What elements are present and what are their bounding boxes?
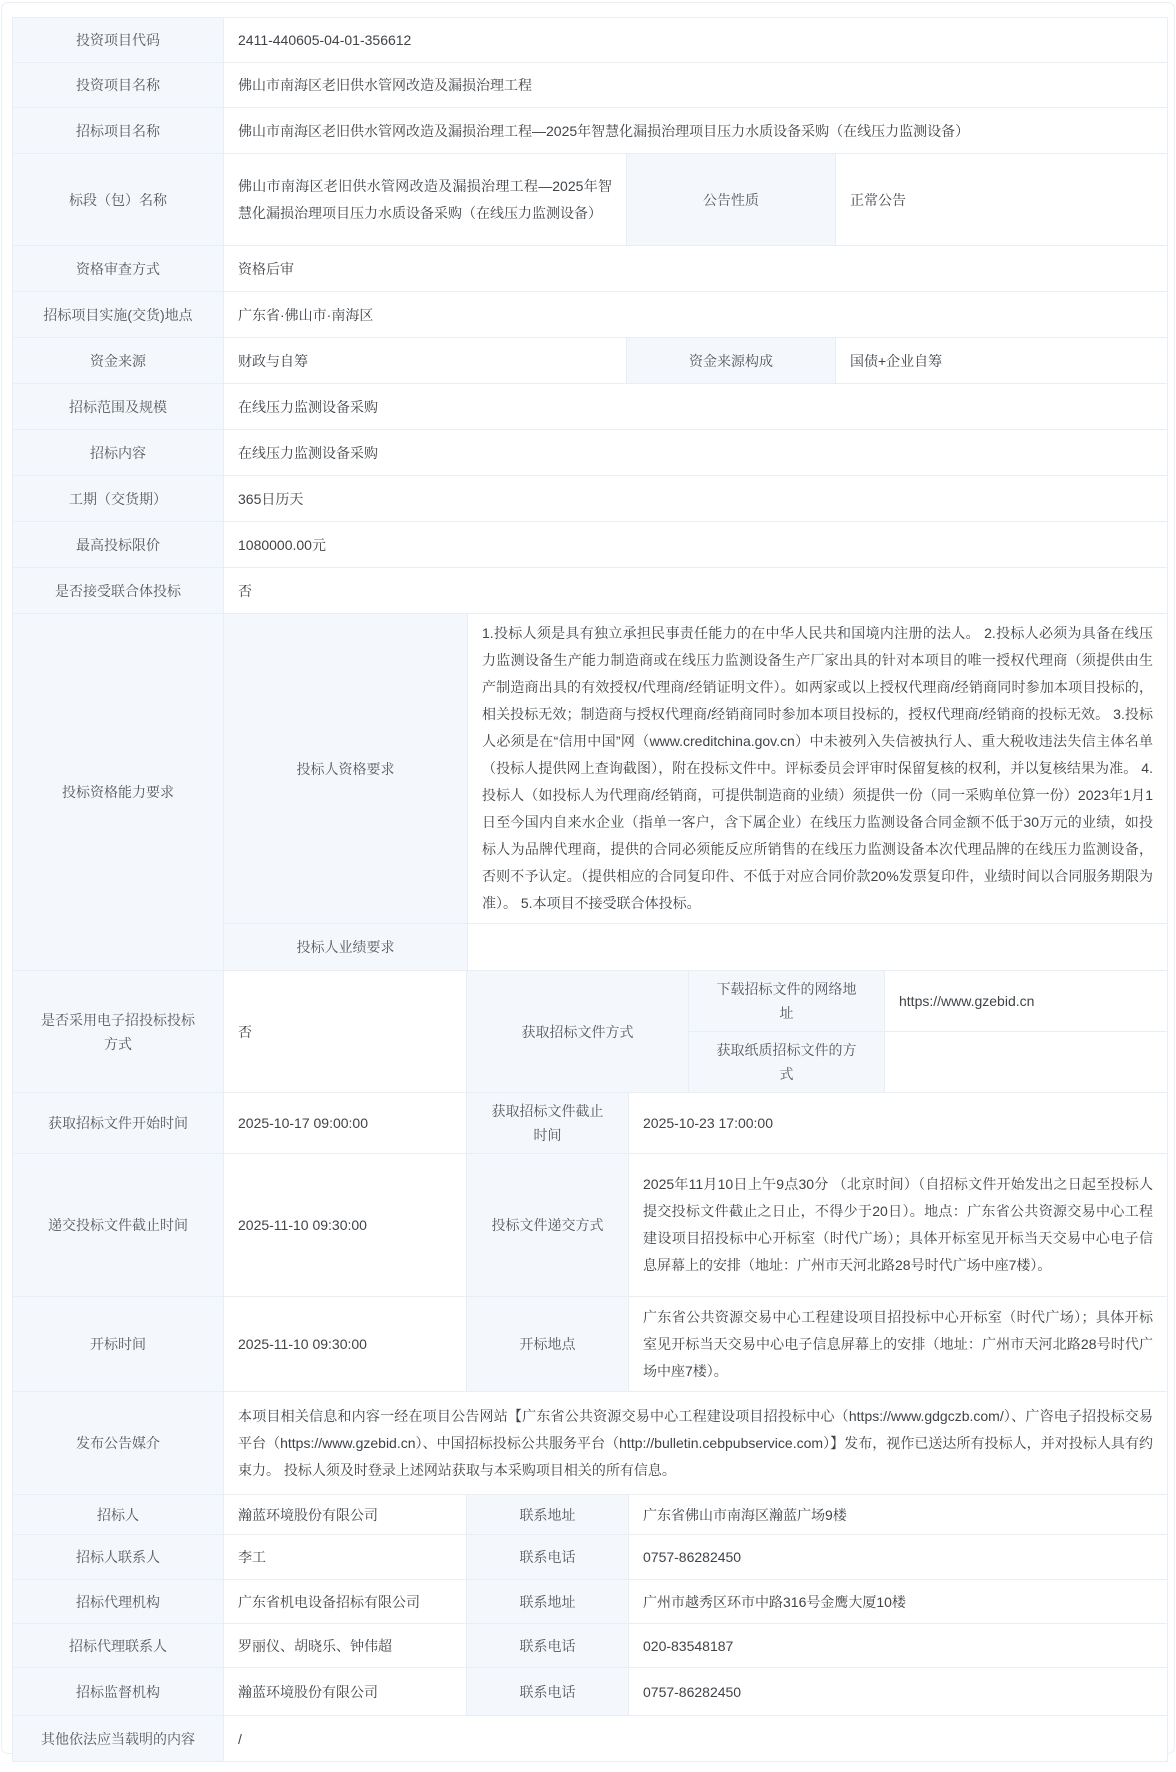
section-package-name-label: 标段（包）名称 (13, 154, 223, 245)
bid-submission-deadline-label-text: 递交投标文件截止时间 (48, 1213, 188, 1237)
accept-consortium-bid-label-text: 是否接受联合体投标 (55, 579, 181, 603)
tenderee-label: 招标人 (13, 1495, 223, 1534)
tenderee-phone-label: 联系电话 (466, 1535, 628, 1579)
agency-phone-label-text: 联系电话 (520, 1634, 576, 1658)
bidder-qualification-capability-label-text: 投标资格能力要求 (62, 780, 174, 804)
section-package-name-row: 标段（包）名称佛山市南海区老旧供水管网改造及漏损治理工程—2025年智慧化漏损治… (13, 153, 1167, 245)
bidder-performance-requirement-label: 投标人业绩要求 (224, 924, 467, 970)
accept-consortium-bid-label: 是否接受联合体投标 (13, 568, 223, 613)
bidder-qualification-capability-row: 投标资格能力要求投标人资格要求1.投标人须是具有独立承担民事责任能力的在中华人民… (13, 613, 1167, 970)
tenderee-value: 瀚蓝环境股份有限公司 (223, 1495, 466, 1534)
tender-info-table: 投资项目代码2411-440605-04-01-356612投资项目名称佛山市南… (12, 17, 1168, 1762)
qualification-review-method-label: 资格审查方式 (13, 246, 223, 291)
bidder-qualification-capability-label: 投标资格能力要求 (13, 614, 223, 970)
tenderee-address-label: 联系地址 (466, 1495, 628, 1534)
investment-project-code-row: 投资项目代码2411-440605-04-01-356612 (13, 18, 1167, 62)
tender-agency-value: 广东省机电设备招标有限公司 (223, 1580, 466, 1623)
agency-contacts-value-text: 罗丽仪、胡晓乐、钟伟超 (238, 1634, 392, 1658)
paper-document-method-label: 获取纸质招标文件的方式 (689, 1032, 884, 1092)
tenderee-phone-label-text: 联系电话 (520, 1545, 576, 1569)
duration-delivery-period-value: 365日历天 (223, 476, 1167, 521)
bid-submission-deadline-value-text: 2025-11-10 09:30:00 (238, 1213, 367, 1237)
bid-opening-time-value: 2025-11-10 09:30:00 (223, 1297, 466, 1391)
announcement-media-label: 发布公告媒介 (13, 1392, 223, 1494)
section-package-name-value-text: 佛山市南海区老旧供水管网改造及漏损治理工程—2025年智慧化漏损治理项目压力水质… (238, 173, 612, 227)
supervision-agency-row: 招标监督机构瀚蓝环境股份有限公司联系电话0757-86282450 (13, 1667, 1167, 1715)
tender-scope-scale-label-text: 招标范围及规模 (69, 395, 167, 419)
download-document-url-row: 下载招标文件的网络地址https://www.gzebid.cn (689, 971, 1167, 1031)
tenderee-row: 招标人瀚蓝环境股份有限公司联系地址广东省佛山市南海区瀚蓝广场9楼 (13, 1494, 1167, 1534)
download-document-url-label-text: 下载招标文件的网络地址 (711, 977, 862, 1025)
bid-submission-method-label: 投标文件递交方式 (466, 1154, 628, 1296)
funding-composition-label-text: 资金来源构成 (689, 349, 773, 373)
agency-phone-value: 020-83548187 (628, 1624, 1167, 1667)
agency-phone-label: 联系电话 (466, 1624, 628, 1667)
document-obtain-deadline-label-text: 获取招标文件截止时间 (489, 1099, 606, 1147)
notice-nature-label: 公告性质 (626, 154, 835, 245)
electronic-bidding-method-subtable: 下载招标文件的网络地址https://www.gzebid.cn获取纸质招标文件… (688, 971, 1167, 1092)
implementation-delivery-place-value-text: 广东省·佛山市·南海区 (238, 303, 373, 327)
funding-source-label: 资金来源 (13, 338, 223, 383)
accept-consortium-bid-value-text: 否 (238, 579, 252, 603)
electronic-bidding-method-row: 是否采用电子招投标投标方式否获取招标文件方式下载招标文件的网络地址https:/… (13, 970, 1167, 1092)
investment-project-name-value: 佛山市南海区老旧供水管网改造及漏损治理工程 (223, 63, 1167, 107)
investment-project-code-label: 投资项目代码 (13, 18, 223, 62)
paper-document-method-label-text: 获取纸质招标文件的方式 (711, 1038, 862, 1086)
implementation-delivery-place-row: 招标项目实施(交货)地点广东省·佛山市·南海区 (13, 291, 1167, 337)
tenderee-contact-value: 李工 (223, 1535, 466, 1579)
tender-project-name-row: 招标项目名称佛山市南海区老旧供水管网改造及漏损治理工程—2025年智慧化漏损治理… (13, 107, 1167, 153)
tender-content-value-text: 在线压力监测设备采购 (238, 441, 378, 465)
bid-opening-place-label-text: 开标地点 (520, 1332, 576, 1356)
announcement-media-label-text: 发布公告媒介 (76, 1431, 160, 1455)
announcement-card: 投资项目代码2411-440605-04-01-356612投资项目名称佛山市南… (1, 2, 1175, 1754)
page: { "page": { "colors": { "label_backgroun… (0, 0, 1176, 1772)
investment-project-name-row: 投资项目名称佛山市南海区老旧供水管网改造及漏损治理工程 (13, 62, 1167, 107)
supervision-agency-label-text: 招标监督机构 (76, 1680, 160, 1704)
bidder-performance-requirement-label-text: 投标人业绩要求 (297, 935, 395, 959)
bid-submission-method-value-text: 2025年11月10日上午9点30分 （北京时间）（自招标文件开始发出之日起至投… (643, 1171, 1153, 1279)
bid-opening-place-value-text: 广东省公共资源交易中心工程建设项目招投标中心开标室（时代广场）；具体开标室见开标… (643, 1304, 1153, 1385)
section-package-name-value: 佛山市南海区老旧供水管网改造及漏损治理工程—2025年智慧化漏损治理项目压力水质… (223, 154, 626, 245)
implementation-delivery-place-label-text: 招标项目实施(交货)地点 (43, 303, 192, 327)
duration-delivery-period-label-text: 工期（交货期） (69, 487, 167, 511)
tender-agency-label-text: 招标代理机构 (76, 1590, 160, 1614)
max-bid-price-limit-row: 最高投标限价1080000.00元 (13, 521, 1167, 567)
electronic-bidding-method-label-text: 是否采用电子招投标投标方式 (35, 1008, 201, 1056)
electronic-bidding-method-value: 否 (223, 971, 466, 1092)
duration-delivery-period-row: 工期（交货期）365日历天 (13, 475, 1167, 521)
agency-contacts-label: 招标代理联系人 (13, 1624, 223, 1667)
bid-submission-method-value: 2025年11月10日上午9点30分 （北京时间）（自招标文件开始发出之日起至投… (628, 1154, 1167, 1296)
tenderee-value-text: 瀚蓝环境股份有限公司 (238, 1503, 378, 1527)
implementation-delivery-place-value: 广东省·佛山市·南海区 (223, 292, 1167, 337)
bidder-qualification-requirement-value-text: 1.投标人须是具有独立承担民事责任能力的在中华人民共和国境内注册的法人。 2.投… (482, 620, 1153, 917)
announcement-media-value: 本项目相关信息和内容一经在项目公告网站【广东省公共资源交易中心工程建设项目招投标… (223, 1392, 1167, 1494)
accept-consortium-bid-row: 是否接受联合体投标否 (13, 567, 1167, 613)
max-bid-price-limit-value-text: 1080000.00元 (238, 533, 326, 557)
agency-address-label: 联系地址 (466, 1580, 628, 1623)
bid-opening-place-value: 广东省公共资源交易中心工程建设项目招投标中心开标室（时代广场）；具体开标室见开标… (628, 1297, 1167, 1391)
tenderee-contact-value-text: 李工 (238, 1545, 266, 1569)
agency-address-value: 广州市越秀区环市中路316号金鹰大厦10楼 (628, 1580, 1167, 1623)
bidder-performance-requirement-row: 投标人业绩要求 (224, 923, 1167, 970)
obtain-tender-document-method-label-text: 获取招标文件方式 (522, 1020, 634, 1044)
document-obtain-start-label-text: 获取招标文件开始时间 (48, 1111, 188, 1135)
tender-content-label-text: 招标内容 (90, 441, 146, 465)
bidder-qualification-requirement-label: 投标人资格要求 (224, 614, 467, 923)
investment-project-name-label: 投资项目名称 (13, 63, 223, 107)
other-required-content-value: / (223, 1716, 1167, 1761)
tender-scope-scale-label: 招标范围及规模 (13, 384, 223, 429)
supervision-phone-value: 0757-86282450 (628, 1668, 1167, 1715)
accept-consortium-bid-value: 否 (223, 568, 1167, 613)
tender-content-value: 在线压力监测设备采购 (223, 430, 1167, 475)
agency-contacts-value: 罗丽仪、胡晓乐、钟伟超 (223, 1624, 466, 1667)
other-required-content-label-text: 其他依法应当载明的内容 (41, 1727, 195, 1751)
tenderee-label-text: 招标人 (97, 1503, 139, 1527)
electronic-bidding-method-label: 是否采用电子招投标投标方式 (13, 971, 223, 1092)
agency-contacts-row: 招标代理联系人罗丽仪、胡晓乐、钟伟超联系电话020-83548187 (13, 1623, 1167, 1667)
tenderee-contact-row: 招标人联系人李工联系电话0757-86282450 (13, 1534, 1167, 1579)
electronic-bidding-method-value-text: 否 (238, 1020, 252, 1044)
tender-project-name-label-text: 招标项目名称 (76, 119, 160, 143)
tenderee-phone-value-text: 0757-86282450 (643, 1545, 741, 1569)
investment-project-code-value: 2411-440605-04-01-356612 (223, 18, 1167, 62)
tender-scope-scale-value: 在线压力监测设备采购 (223, 384, 1167, 429)
funding-source-row: 资金来源财政与自筹资金来源构成国债+企业自筹 (13, 337, 1167, 383)
document-obtain-deadline-value-text: 2025-10-23 17:00:00 (643, 1111, 773, 1135)
bidder-qualification-capability-subtable: 投标人资格要求1.投标人须是具有独立承担民事责任能力的在中华人民共和国境内注册的… (223, 614, 1167, 970)
agency-contacts-label-text: 招标代理联系人 (69, 1634, 167, 1658)
max-bid-price-limit-value: 1080000.00元 (223, 522, 1167, 567)
tenderee-address-label-text: 联系地址 (520, 1503, 576, 1527)
bidder-qualification-requirement-label-text: 投标人资格要求 (297, 757, 395, 781)
document-obtain-start-value-text: 2025-10-17 09:00:00 (238, 1111, 368, 1135)
tenderee-address-value-text: 广东省佛山市南海区瀚蓝广场9楼 (643, 1503, 847, 1527)
tenderee-phone-value: 0757-86282450 (628, 1535, 1167, 1579)
other-required-content-row: 其他依法应当载明的内容/ (13, 1715, 1167, 1761)
qualification-review-method-label-text: 资格审查方式 (76, 257, 160, 281)
duration-delivery-period-label: 工期（交货期） (13, 476, 223, 521)
supervision-phone-label: 联系电话 (466, 1668, 628, 1715)
bidder-performance-requirement-value (467, 924, 1167, 970)
paper-document-method-row: 获取纸质招标文件的方式 (689, 1031, 1167, 1092)
bid-opening-place-label: 开标地点 (466, 1297, 628, 1391)
bid-opening-time-label-text: 开标时间 (90, 1332, 146, 1356)
agency-phone-value-text: 020-83548187 (643, 1634, 733, 1658)
tender-agency-value-text: 广东省机电设备招标有限公司 (238, 1590, 420, 1614)
download-document-url-value-text: https://www.gzebid.cn (899, 989, 1034, 1013)
supervision-agency-value: 瀚蓝环境股份有限公司 (223, 1668, 466, 1715)
bid-opening-row: 开标时间2025-11-10 09:30:00开标地点广东省公共资源交易中心工程… (13, 1296, 1167, 1391)
supervision-agency-value-text: 瀚蓝环境股份有限公司 (238, 1680, 378, 1704)
bidder-qualification-requirement-value: 1.投标人须是具有独立承担民事责任能力的在中华人民共和国境内注册的法人。 2.投… (467, 614, 1167, 923)
download-document-url-value: https://www.gzebid.cn (884, 971, 1167, 1031)
tenderee-address-value: 广东省佛山市南海区瀚蓝广场9楼 (628, 1495, 1167, 1534)
bid-submission-deadline-value: 2025-11-10 09:30:00 (223, 1154, 466, 1296)
bid-submission-method-label-text: 投标文件递交方式 (492, 1213, 604, 1237)
investment-project-code-label-text: 投资项目代码 (76, 28, 160, 52)
agency-address-value-text: 广州市越秀区环市中路316号金鹰大厦10楼 (643, 1590, 906, 1614)
obtain-tender-document-method-label: 获取招标文件方式 (466, 971, 688, 1092)
investment-project-name-value-text: 佛山市南海区老旧供水管网改造及漏损治理工程 (238, 73, 532, 97)
qualification-review-method-row: 资格审查方式资格后审 (13, 245, 1167, 291)
download-document-url-label: 下载招标文件的网络地址 (689, 971, 884, 1031)
tenderee-contact-label: 招标人联系人 (13, 1535, 223, 1579)
notice-nature-value: 正常公告 (835, 154, 1167, 245)
tender-project-name-label: 招标项目名称 (13, 108, 223, 153)
document-obtain-deadline-value: 2025-10-23 17:00:00 (628, 1093, 1167, 1153)
tender-content-row: 招标内容在线压力监测设备采购 (13, 429, 1167, 475)
investment-project-code-value-text: 2411-440605-04-01-356612 (238, 28, 411, 52)
tender-scope-scale-value-text: 在线压力监测设备采购 (238, 395, 378, 419)
funding-composition-label: 资金来源构成 (626, 338, 835, 383)
bid-submission-row: 递交投标文件截止时间2025-11-10 09:30:00投标文件递交方式202… (13, 1153, 1167, 1296)
other-required-content-label: 其他依法应当载明的内容 (13, 1716, 223, 1761)
paper-document-method-value (884, 1032, 1167, 1092)
bid-submission-deadline-label: 递交投标文件截止时间 (13, 1154, 223, 1296)
qualification-review-method-value-text: 资格后审 (238, 257, 294, 281)
tenderee-contact-label-text: 招标人联系人 (76, 1545, 160, 1569)
tender-scope-scale-row: 招标范围及规模在线压力监测设备采购 (13, 383, 1167, 429)
tender-content-label: 招标内容 (13, 430, 223, 475)
document-obtain-time-row: 获取招标文件开始时间2025-10-17 09:00:00获取招标文件截止时间2… (13, 1092, 1167, 1153)
section-package-name-label-text: 标段（包）名称 (69, 188, 167, 212)
funding-source-label-text: 资金来源 (90, 349, 146, 373)
document-obtain-start-value: 2025-10-17 09:00:00 (223, 1093, 466, 1153)
implementation-delivery-place-label: 招标项目实施(交货)地点 (13, 292, 223, 337)
funding-composition-value-text: 国债+企业自筹 (850, 349, 942, 373)
tender-agency-row: 招标代理机构广东省机电设备招标有限公司联系地址广州市越秀区环市中路316号金鹰大… (13, 1579, 1167, 1623)
agency-address-label-text: 联系地址 (520, 1590, 576, 1614)
notice-nature-label-text: 公告性质 (703, 188, 759, 212)
bid-opening-time-value-text: 2025-11-10 09:30:00 (238, 1332, 367, 1356)
bidder-qualification-requirement-row: 投标人资格要求1.投标人须是具有独立承担民事责任能力的在中华人民共和国境内注册的… (224, 614, 1167, 923)
funding-source-value: 财政与自筹 (223, 338, 626, 383)
other-required-content-value-text: / (238, 1727, 242, 1751)
notice-nature-value-text: 正常公告 (850, 188, 906, 212)
tender-project-name-value-text: 佛山市南海区老旧供水管网改造及漏损治理工程—2025年智慧化漏损治理项目压力水质… (238, 119, 969, 143)
tender-agency-label: 招标代理机构 (13, 1580, 223, 1623)
announcement-media-row: 发布公告媒介本项目相关信息和内容一经在项目公告网站【广东省公共资源交易中心工程建… (13, 1391, 1167, 1494)
document-obtain-deadline-label: 获取招标文件截止时间 (466, 1093, 628, 1153)
supervision-agency-label: 招标监督机构 (13, 1668, 223, 1715)
announcement-media-value-text: 本项目相关信息和内容一经在项目公告网站【广东省公共资源交易中心工程建设项目招投标… (238, 1403, 1153, 1484)
funding-composition-value: 国债+企业自筹 (835, 338, 1167, 383)
qualification-review-method-value: 资格后审 (223, 246, 1167, 291)
max-bid-price-limit-label: 最高投标限价 (13, 522, 223, 567)
max-bid-price-limit-label-text: 最高投标限价 (76, 533, 160, 557)
document-obtain-start-label: 获取招标文件开始时间 (13, 1093, 223, 1153)
funding-source-value-text: 财政与自筹 (238, 349, 308, 373)
supervision-phone-label-text: 联系电话 (520, 1680, 576, 1704)
tender-project-name-value: 佛山市南海区老旧供水管网改造及漏损治理工程—2025年智慧化漏损治理项目压力水质… (223, 108, 1167, 153)
investment-project-name-label-text: 投资项目名称 (76, 73, 160, 97)
duration-delivery-period-value-text: 365日历天 (238, 487, 303, 511)
supervision-phone-value-text: 0757-86282450 (643, 1680, 741, 1704)
bid-opening-time-label: 开标时间 (13, 1297, 223, 1391)
